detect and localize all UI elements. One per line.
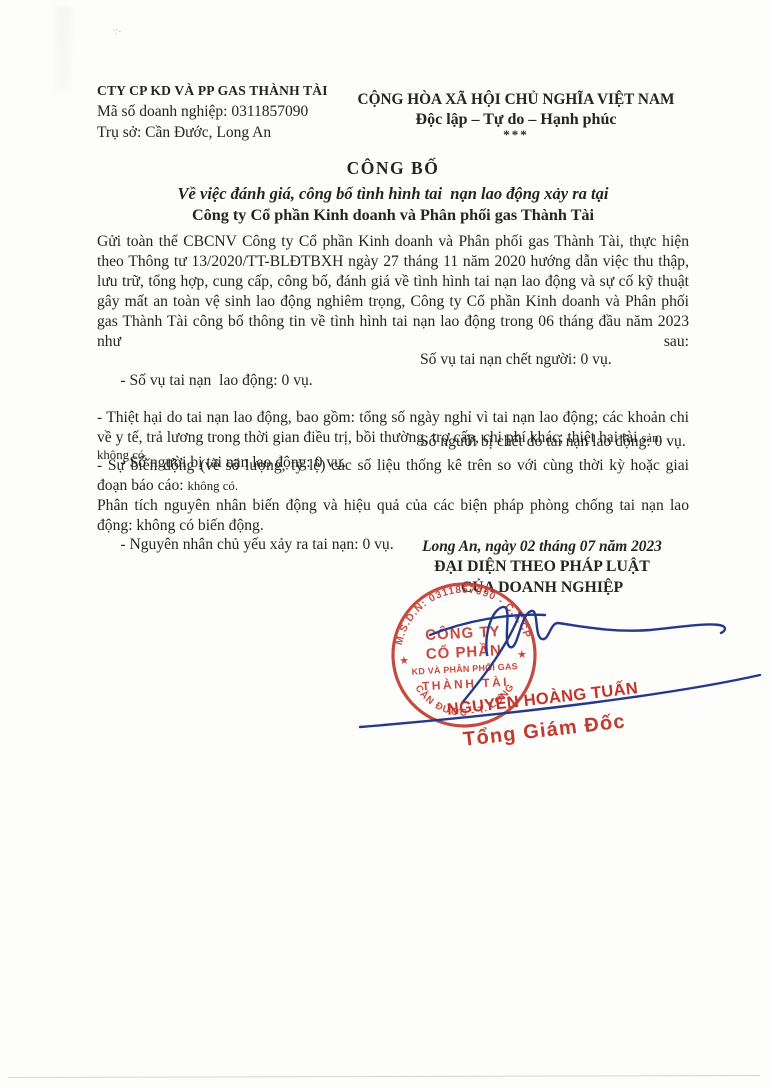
document-title-block: CÔNG BỐ Về việc đánh giá, công bố tình h…: [97, 158, 689, 225]
intro-line: Gửi toàn thể CBCNV Công ty Cổ phần Kinh …: [97, 232, 689, 252]
damage-line2-main: về y tế, trả lương trong thời gian điều …: [97, 429, 641, 446]
intro-line: gas Thành Tài công bố thông tin về tình …: [97, 312, 689, 332]
statistic-left: - Nguyên nhân chủ yếu xảy ra tai nạn: 0 …: [120, 536, 393, 553]
damage-line1: - Thiệt hại do tai nạn lao động, bao gồm…: [97, 408, 689, 428]
damage-paragraph: - Thiệt hại do tai nạn lao động, bao gồm…: [97, 408, 689, 463]
document-page: ·:· CTY CP KD VÀ PP GAS THÀNH TÀI Mã số …: [0, 0, 770, 1089]
signing-date: Long An, ngày 02 tháng 07 năm 2023: [388, 538, 696, 556]
variation-line2-small: không có.: [188, 479, 238, 493]
document-title: CÔNG BỐ: [97, 158, 689, 179]
intro-line: như sau:: [97, 332, 689, 352]
damage-line2: về y tế, trả lương trong thời gian điều …: [97, 428, 689, 448]
national-motto-line1: CỘNG HÒA XÃ HỘI CHỦ NGHĨA VIỆT NAM: [340, 91, 692, 109]
national-header: CỘNG HÒA XÃ HỘI CHỦ NGHĨA VIỆT NAM Độc l…: [340, 91, 692, 143]
page-edge-line: [8, 1075, 760, 1078]
variation-line2: đoạn báo cáo: không có.: [97, 476, 689, 496]
signature-descender: [462, 613, 520, 703]
company-address: Trụ sở: Cần Đước, Long An: [97, 122, 367, 143]
intro-line: theo Thông tư 13/2020/TT-BLĐTBXH ngày 27…: [97, 252, 689, 272]
statistic-right: Số vụ tai nạn chết người: 0 vụ.: [420, 350, 612, 371]
intro-line: lưu trữ, tổng hợp, cung cấp, công bố, đá…: [97, 272, 689, 292]
intro-line: gây mất an toàn vệ sinh lao động nghiêm …: [97, 292, 689, 312]
variation-line2-main: đoạn báo cáo:: [97, 477, 188, 494]
national-motto-stars: ***: [340, 127, 692, 143]
company-name: CTY CP KD VÀ PP GAS THÀNH TÀI: [97, 80, 367, 101]
scan-smudge: [55, 6, 71, 92]
document-subtitle-2: Công ty Cổ phần Kinh doanh và Phân phối …: [97, 206, 689, 225]
variation-paragraph: - Sự biến động (về số lượng, tỷ lệ) các …: [97, 456, 689, 496]
statistic-left: - Số vụ tai nạn lao động: 0 vụ.: [120, 372, 312, 389]
analysis-line1: Phân tích nguyên nhân biến động và hiệu …: [97, 496, 689, 516]
analysis-line2: động: không có biến động.: [97, 516, 689, 536]
scan-mark: ·:·: [111, 25, 123, 38]
variation-line1: - Sự biến động (về số lượng, tỷ lệ) các …: [97, 456, 689, 476]
analysis-paragraph: Phân tích nguyên nhân biến động và hiệu …: [97, 496, 689, 536]
damage-line2-small: sản:: [641, 431, 662, 445]
intro-paragraph: Gửi toàn thể CBCNV Công ty Cổ phần Kinh …: [97, 232, 689, 352]
document-subtitle-1: Về việc đánh giá, công bố tình hình tai …: [97, 184, 689, 204]
business-code: Mã số doanh nghiệp: 0311857090: [97, 101, 367, 122]
letterhead: CTY CP KD VÀ PP GAS THÀNH TÀI Mã số doan…: [97, 80, 367, 143]
